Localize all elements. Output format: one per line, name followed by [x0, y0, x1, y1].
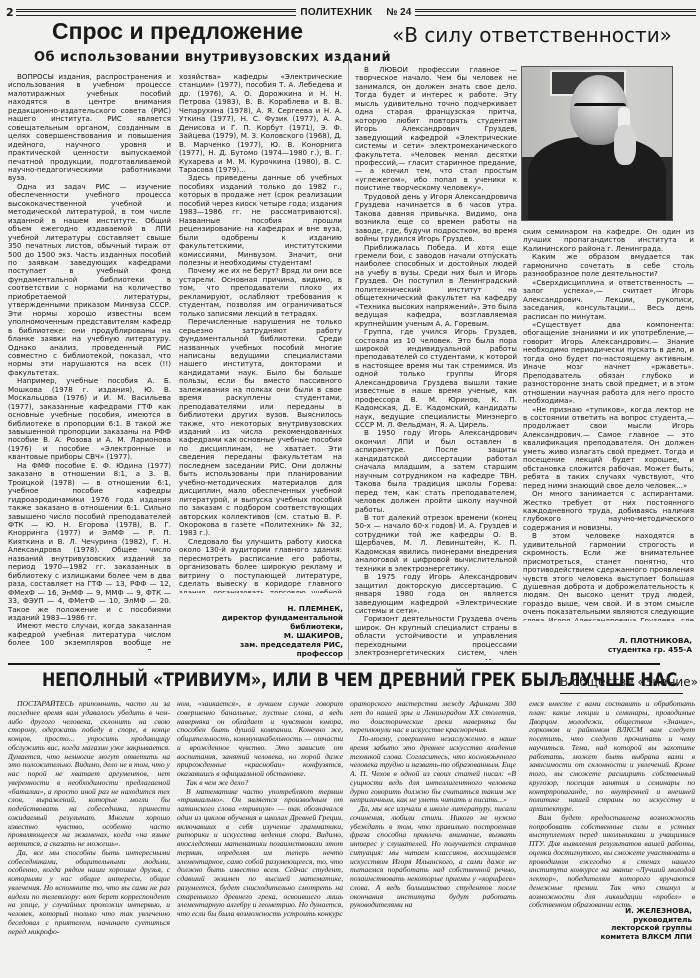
- paragraph: Приближалась Победа. И хотя еще гремели …: [355, 244, 517, 329]
- paragraph: Он много занимается с аспирантами. Жестк…: [523, 490, 694, 532]
- article2-title: «В силу ответственности»: [392, 23, 672, 47]
- paragraph: В 1950 году Игорь Александрович окончил …: [355, 429, 517, 514]
- paragraph: По-моему, совершенно незаслуженно в наше…: [350, 735, 516, 805]
- paragraph: «Сверхдисциплина и ответственность — зал…: [523, 279, 694, 321]
- paragraph: Горизонт деятельности Груздева очень шир…: [355, 615, 517, 660]
- photo-hand: [614, 125, 636, 165]
- article2-signature: Л. ПЛОТНИКОВА, студентка гр. 455-А: [522, 636, 692, 654]
- photo-figure-body: [528, 137, 666, 221]
- newspaper-name: ПОЛИТЕХНИК: [300, 7, 372, 18]
- signature-line: директор фундаментальной: [163, 613, 343, 622]
- masthead-rule-left: [16, 9, 297, 16]
- article2-column-1: В ЛЮБОЙ профессии главное — творческое н…: [355, 66, 517, 660]
- paragraph: ном, «заикается», в лучшем случае говори…: [177, 700, 343, 779]
- article2-column-2: ским семинаром на кафедре. Он один из лу…: [523, 228, 694, 621]
- signature-line: Л. ПЛОТНИКОВА,: [522, 636, 692, 645]
- column-divider: [348, 60, 349, 660]
- section-divider: [8, 663, 660, 665]
- paragraph: ораторского мастерства между Афинами 300…: [350, 700, 516, 735]
- article1-title: Спрос и предложение: [52, 18, 303, 45]
- paragraph: В математике часто употребляют термин «т…: [177, 788, 343, 919]
- paragraph: В 1975 году Игорь Александрович защитил …: [355, 573, 517, 615]
- paragraph: Перечисленные нарушения не только серьез…: [179, 318, 342, 538]
- paragraph: емся вместе с вами составить и обработат…: [529, 700, 695, 814]
- paragraph: Трудовой день у Игоря Александровича Гру…: [355, 193, 517, 244]
- portrait-photo: [521, 66, 673, 221]
- paragraph: Вам будет предоставлена возможность попр…: [529, 814, 695, 908]
- paragraph: Например, учебные пособия А. Б. Мошкова …: [8, 377, 171, 462]
- article1-column-1: ВОПРОСЫ издания, распространения и испол…: [8, 73, 171, 650]
- article3-column-2: ном, «заикается», в лучшем случае говори…: [177, 700, 343, 970]
- signature-line: комитета ВЛКСМ ЛПИ: [522, 933, 692, 942]
- newspaper-page: 2 ПОЛИТЕХНИК № 24 Спрос и предложение Об…: [0, 0, 700, 978]
- article1-signature: Н. ПЛЕМНЕК, директор фундаментальной биб…: [163, 604, 343, 658]
- paragraph: Здесь приведены данные об учебных пособи…: [179, 174, 342, 267]
- paragraph: ПОСТАРАЙТЕСЬ припомнить, часто ли за пос…: [8, 700, 170, 849]
- paragraph: В этом человеке находятся в удивительной…: [523, 532, 694, 621]
- article3-column-4: емся вместе с вами составить и обработат…: [529, 700, 695, 908]
- rubric-underline: [560, 693, 683, 694]
- masthead-rule-right: [415, 9, 696, 16]
- paragraph: Следовало бы улучшить работу киоска окол…: [179, 538, 342, 593]
- page-number: 2: [6, 6, 14, 19]
- paragraph: Да, все мы способны быть интересными соб…: [8, 849, 170, 937]
- issue-number: № 24: [386, 7, 411, 18]
- paragraph: Каким же образом вмудается так гармоничн…: [523, 253, 694, 278]
- paragraph: ВОПРОСЫ издания, распространения и испол…: [8, 73, 171, 183]
- paragraph: Почему же их не берут? Вряд ли они все у…: [179, 267, 342, 318]
- signature-line: студентка гр. 455-А: [522, 645, 692, 654]
- signature-line: М. ШАКИРОВ,: [163, 631, 343, 640]
- paragraph: На ФМФ пособие Е. Ф. Юдина (1977) заказа…: [8, 462, 171, 623]
- paragraph: Группа, где учился Игорь Груздев, состоя…: [355, 328, 517, 429]
- paragraph: Да, мы все изучали в школе литературу, п…: [350, 805, 516, 910]
- signature-line: Н. ПЛЕМНЕК,: [163, 604, 343, 613]
- article3-signature: И. ЖЕЛЕЗНОВА, руководитель лекторской гр…: [522, 907, 692, 941]
- article1-column-2: хозяйства» кафедры «Электрические станци…: [179, 73, 342, 593]
- signature-line: зам. председателя РИС,: [163, 640, 343, 649]
- article3-column-1: ПОСТАРАЙТЕСЬ припомнить, часто ли за пос…: [8, 700, 170, 970]
- signature-line: профессор: [163, 649, 343, 658]
- article3-column-3: ораторского мастерства между Афинами 300…: [350, 700, 516, 970]
- paragraph: «Существует два компонента: обогащение з…: [523, 321, 694, 406]
- paragraph: В тот далекий отрезок времени (конец 50-…: [355, 514, 517, 573]
- article1-subtitle: Об использовании внутривузовских изданий: [34, 50, 391, 65]
- paragraph: В ЛЮБОЙ профессии главное — творческое н…: [355, 66, 517, 193]
- masthead: 2 ПОЛИТЕХНИК № 24: [6, 6, 696, 18]
- article3-rubric: В обществе «Знание»: [560, 675, 698, 689]
- paragraph: хозяйства» кафедры «Электрические станци…: [179, 73, 342, 174]
- signature-line: библиотеки,: [163, 622, 343, 631]
- paragraph: Имеют место случаи, когда заказанная каф…: [8, 622, 171, 650]
- paragraph: Одна из задач РИС — изучение обеспеченно…: [8, 183, 171, 377]
- paragraph: «Не признаю «тупиков», когда лектор не в…: [523, 406, 694, 491]
- paragraph: ским семинаром на кафедре. Он один из лу…: [523, 228, 694, 253]
